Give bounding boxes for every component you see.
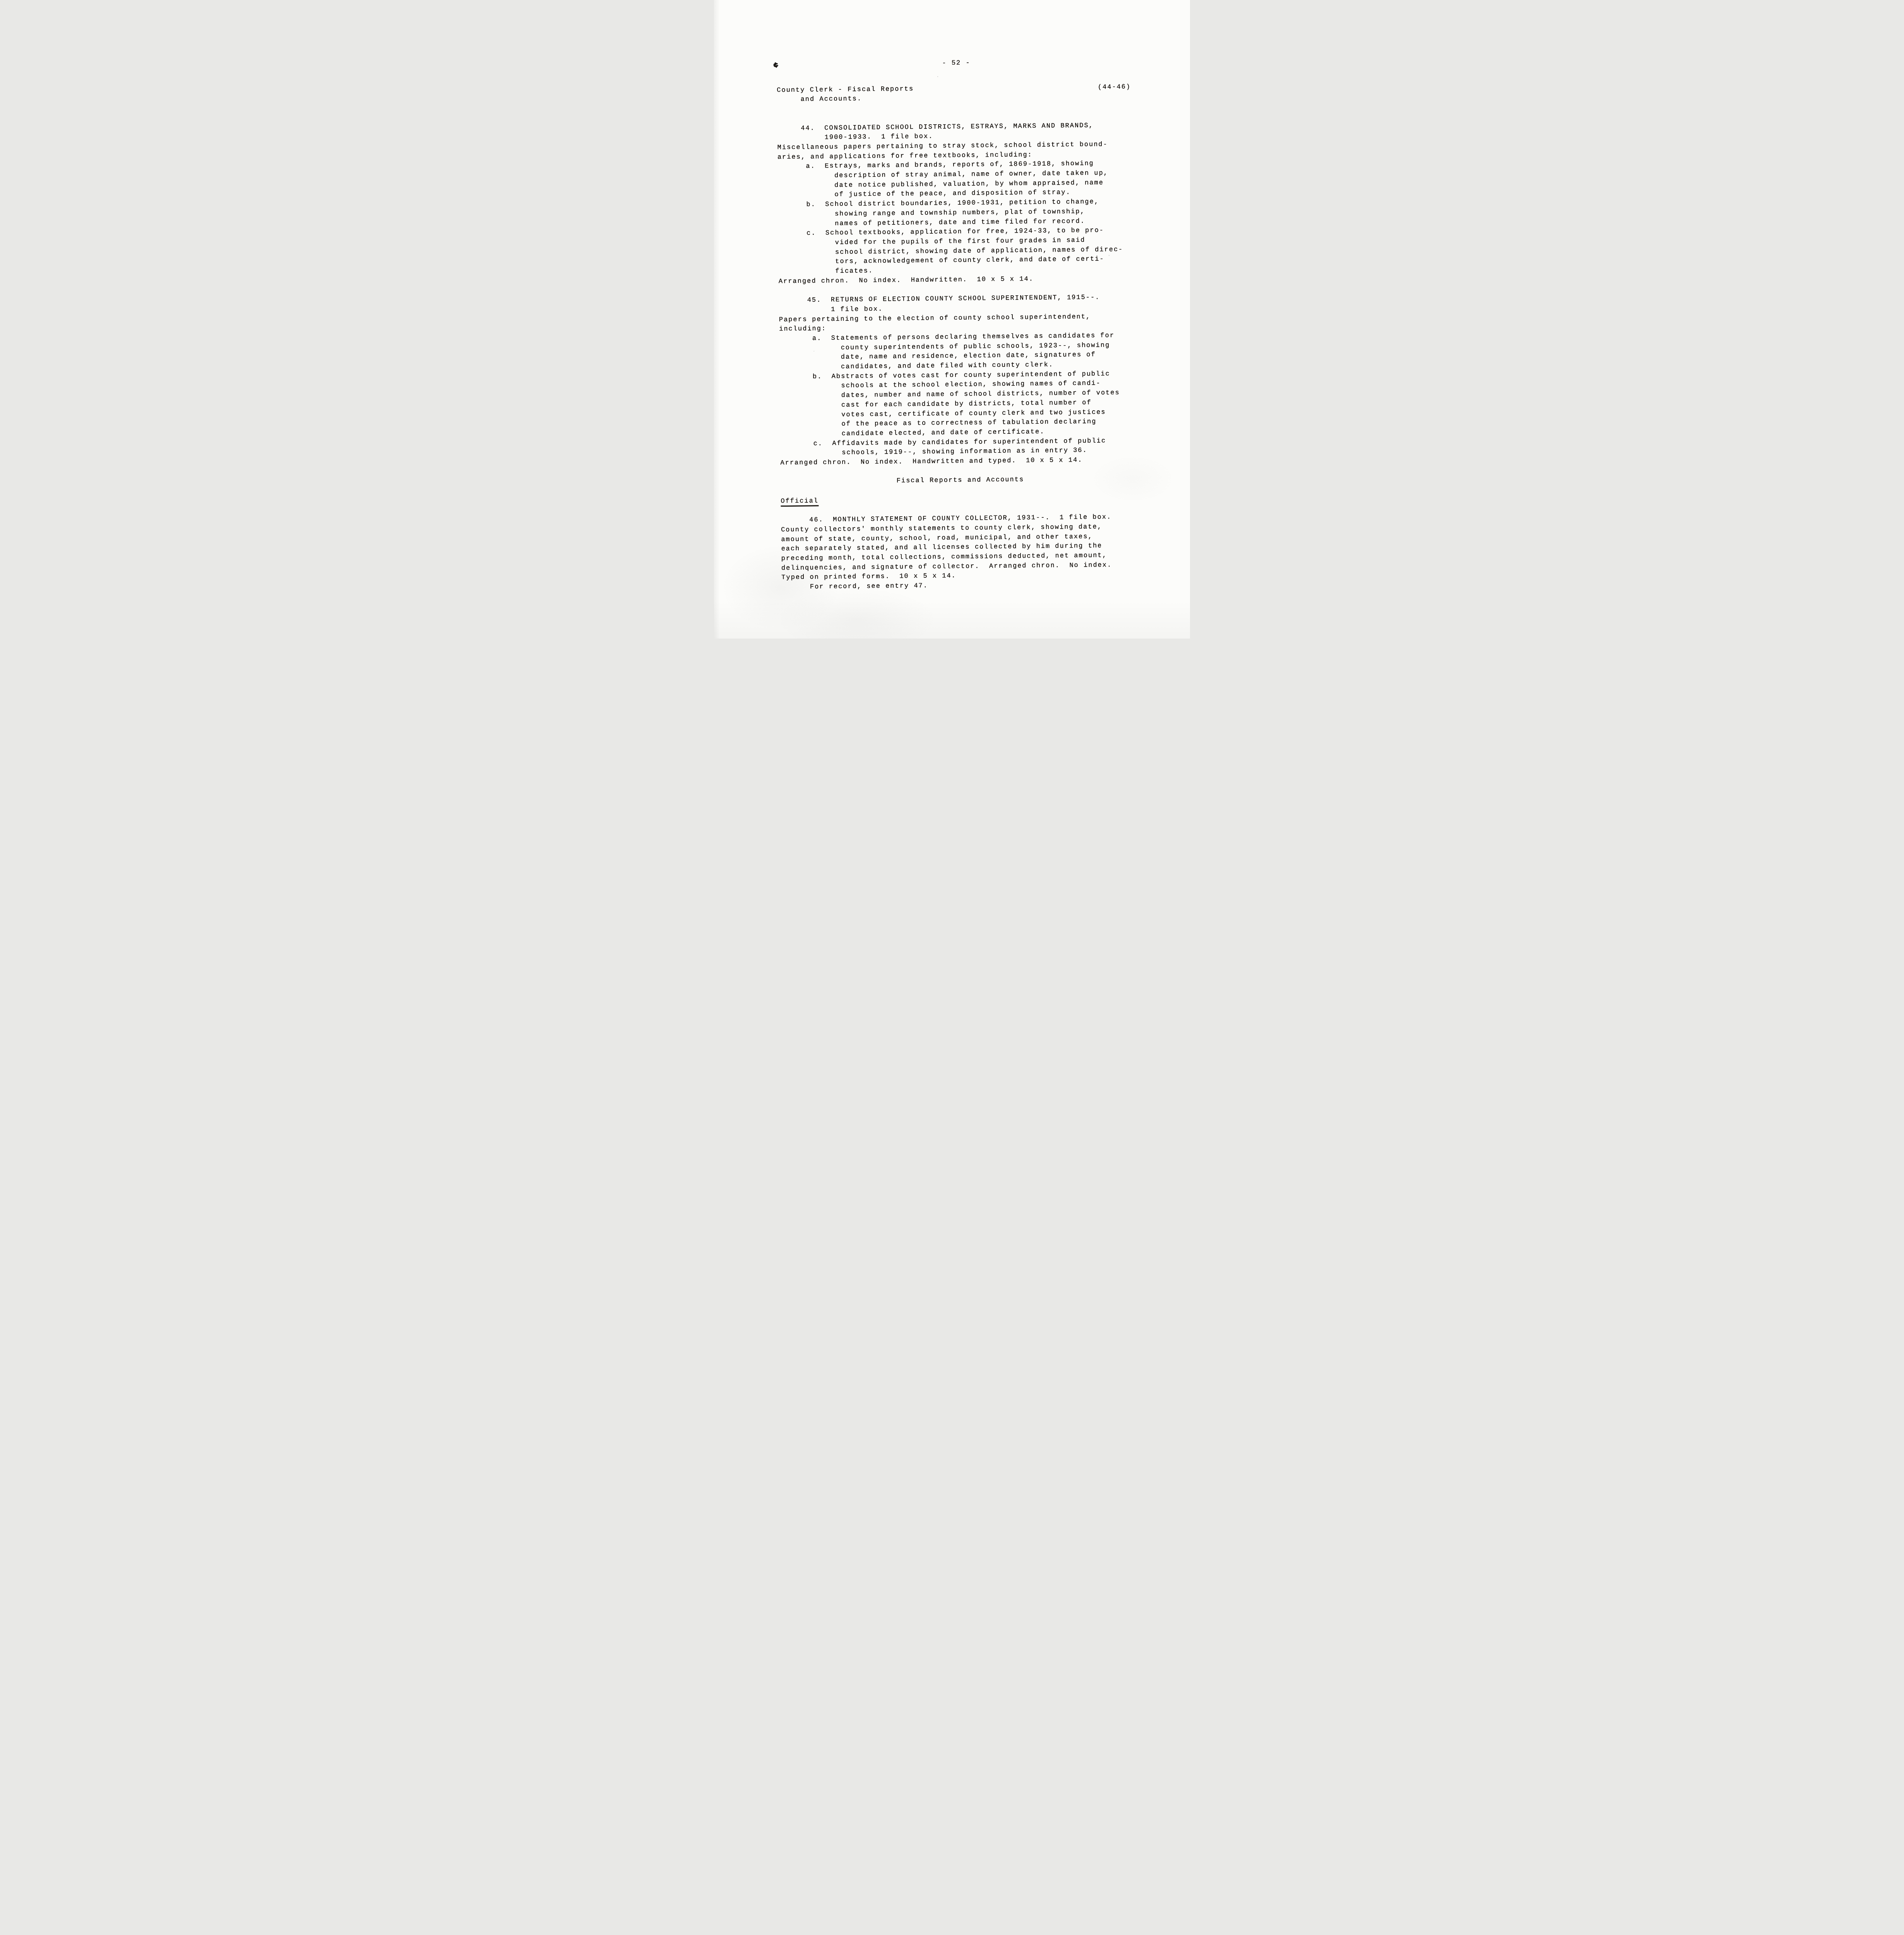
page-content: - 52 - County Clerk - Fiscal Reports (44…: [714, 0, 1190, 593]
header-title: County Clerk - Fiscal Reports: [777, 85, 914, 96]
document-page: ¢ - 52 - County Clerk - Fiscal Reports (…: [714, 0, 1190, 639]
page-number: - 52 -: [776, 57, 1130, 70]
text-line: Fiscal Reports and Accounts: [781, 474, 1135, 487]
header-entry-range: (44-46): [1098, 82, 1131, 92]
body-text: 44. CONSOLIDATED SCHOOL DISTRICTS, ESTRA…: [777, 121, 1136, 592]
text-line: Official: [781, 493, 1135, 506]
underlined-heading: Official: [781, 497, 818, 507]
